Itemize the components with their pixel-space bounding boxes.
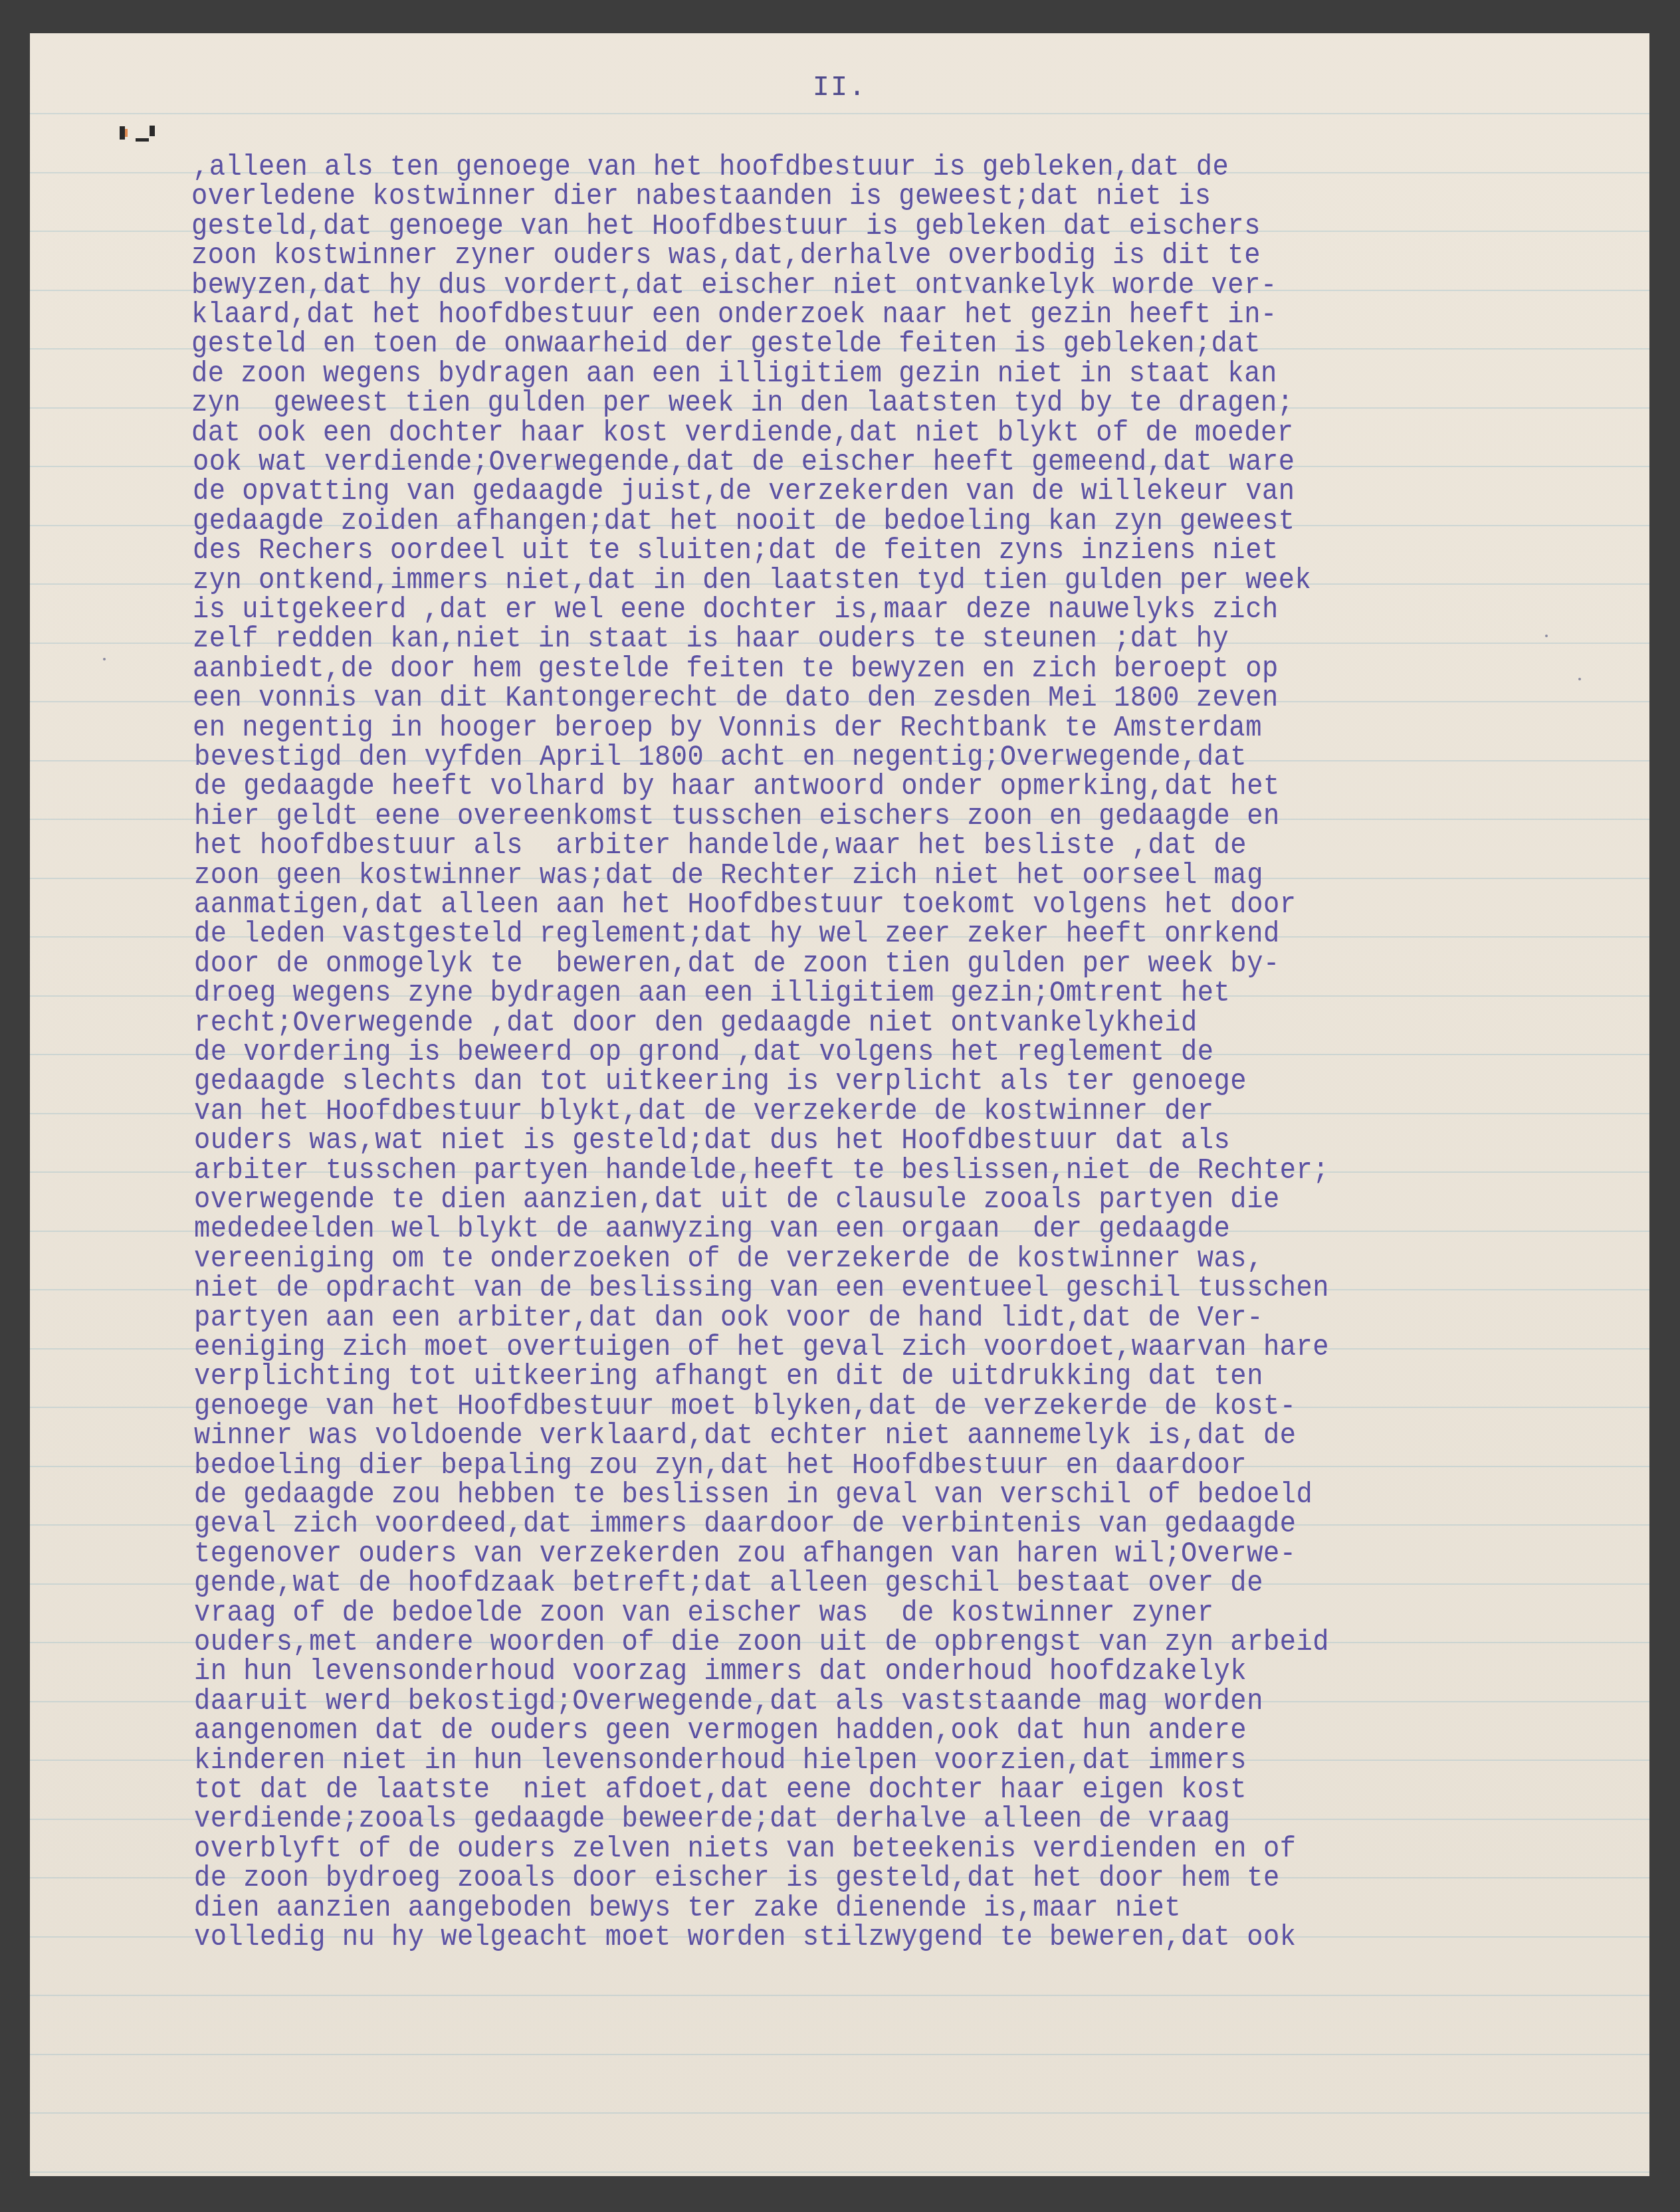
text-line: een vonnis van dit Kantongerecht de dato… bbox=[193, 684, 1279, 713]
text-line: ook wat verdiende;Overwegende,dat de eis… bbox=[193, 448, 1295, 477]
text-line: bedoeling dier bepaling zou zyn,dat het … bbox=[194, 1451, 1247, 1480]
text-line: aanmatigen,dat alleen aan het Hoofdbestu… bbox=[194, 890, 1296, 920]
text-line: geval zich voordeed,dat immers daardoor … bbox=[194, 1510, 1296, 1539]
text-line: aangenomen dat de ouders geen vermogen h… bbox=[194, 1716, 1247, 1746]
speck bbox=[1545, 635, 1548, 637]
text-line: verplichting tot uitkeering afhangt en d… bbox=[194, 1362, 1263, 1391]
text-line: dien aanzien aangeboden bewys ter zake d… bbox=[194, 1894, 1181, 1923]
speck bbox=[1578, 678, 1581, 680]
text-line: volledig nu hy welgeacht moet worden sti… bbox=[194, 1923, 1296, 1952]
text-line: partyen aan een arbiter,dat dan ook voor… bbox=[194, 1304, 1263, 1333]
text-line: en negentig in hooger beroep by Vonnis d… bbox=[193, 714, 1262, 743]
text-line: recht;Overwegende ,dat door den gedaagde… bbox=[194, 1009, 1198, 1038]
text-line: in hun levensonderhoud voorzag immers da… bbox=[194, 1657, 1247, 1686]
text-line: bevestigd den vyfden April 1800 acht en … bbox=[194, 743, 1247, 772]
text-line: winner was voldoende verklaard,dat echte… bbox=[194, 1421, 1296, 1451]
text-line: klaard,dat het hoofdbestuur een onderzoe… bbox=[191, 300, 1277, 330]
text-line: zyn ontkend,immers niet,dat in den laats… bbox=[193, 566, 1311, 595]
text-line: arbiter tusschen partyen handelde,heeft … bbox=[194, 1156, 1329, 1185]
text-line: zoon kostwinner zyner ouders was,dat,der… bbox=[191, 241, 1261, 270]
text-line: overblyft of de ouders zelven niets van … bbox=[194, 1835, 1296, 1864]
text-line: gesteld en toen de onwaarheid der gestel… bbox=[191, 330, 1261, 359]
ruled-line bbox=[30, 113, 1649, 114]
text-line: gedaagde slechts dan tot uitkeering is v… bbox=[194, 1067, 1247, 1096]
text-line: de zoon wegens bydragen aan een illigiti… bbox=[191, 359, 1277, 389]
text-line: mededeelden wel blykt de aanwyzing van e… bbox=[194, 1215, 1230, 1244]
text-line: overwegende te dien aanzien,dat uit de c… bbox=[194, 1185, 1280, 1215]
text-line: droeg wegens zyne bydragen aan een illig… bbox=[194, 979, 1230, 1008]
text-line: hier geldt eene overeenkomst tusschen ei… bbox=[194, 802, 1280, 831]
speck bbox=[103, 658, 106, 660]
text-line: zoon geen kostwinner was;dat de Rechter … bbox=[194, 861, 1263, 890]
text-line: des Rechers oordeel uit te sluiten;dat d… bbox=[193, 536, 1279, 565]
page-number: II. bbox=[30, 72, 1649, 104]
text-line: de opvatting van gedaagde juist,de verze… bbox=[193, 477, 1295, 506]
text-line: de zoon bydroeg zooals door eischer is g… bbox=[194, 1864, 1280, 1893]
text-line: het hoofdbestuur als arbiter handelde,wa… bbox=[194, 831, 1247, 860]
text-line: gedaagde zoiden afhangen;dat het nooit d… bbox=[193, 507, 1295, 536]
text-line: zelf redden kan,niet in staat is haar ou… bbox=[193, 625, 1229, 654]
text-line: zyn geweest tien gulden per week in den … bbox=[191, 389, 1293, 418]
text-line: genoege van het Hoofdbestuur moet blyken… bbox=[194, 1392, 1296, 1421]
text-line: vraag of de bedoelde zoon van eischer wa… bbox=[194, 1599, 1214, 1628]
text-line: ,alleen als ten genoege van het hoofdbes… bbox=[193, 153, 1229, 182]
text-line: eeniging zich moet overtuigen of het gev… bbox=[194, 1333, 1329, 1362]
text-line: de vordering is beweerd op grond ,dat vo… bbox=[194, 1038, 1214, 1067]
ruled-line bbox=[30, 2112, 1649, 2114]
text-line: bewyzen,dat hy dus vordert,dat eischer n… bbox=[191, 271, 1277, 300]
text-line: tot dat de laatste niet afdoet,dat eene … bbox=[194, 1775, 1247, 1805]
text-line: de gedaagde heeft volhard by haar antwoo… bbox=[194, 772, 1280, 801]
text-line: dat ook een dochter haar kost verdiende,… bbox=[191, 419, 1293, 448]
text-line: ouders,met andere woorden of die zoon ui… bbox=[194, 1628, 1329, 1657]
text-line: overledene kostwinner dier nabestaanden … bbox=[191, 182, 1211, 211]
text-line: van het Hoofdbestuur blykt,dat de verzek… bbox=[194, 1097, 1214, 1126]
text-line: gende,wat de hoofdzaak betreft;dat allee… bbox=[194, 1569, 1263, 1598]
text-line: vereeniging om te onderzoeken of de verz… bbox=[194, 1245, 1263, 1274]
text-line: tegenover ouders van verzekerden zou afh… bbox=[194, 1540, 1296, 1569]
text-line: de gedaagde zou hebben te beslissen in g… bbox=[194, 1480, 1312, 1510]
text-line: verdiende;zooals gedaagde beweerde;dat d… bbox=[194, 1805, 1230, 1834]
ruled-line bbox=[30, 2054, 1649, 2055]
ruled-line bbox=[30, 1995, 1649, 1996]
text-line: aanbiedt,de door hem gestelde feiten te … bbox=[193, 654, 1279, 684]
ruled-line bbox=[30, 2171, 1649, 2173]
document-page: II. ,alleen als ten genoege van het hoof… bbox=[30, 33, 1649, 2176]
text-line: ouders was,wat niet is gesteld;dat dus h… bbox=[194, 1126, 1230, 1156]
text-line: is uitgekeerd ,dat er wel eene dochter i… bbox=[193, 595, 1279, 625]
text-line: kinderen niet in hun levensonderhoud hie… bbox=[194, 1746, 1247, 1775]
text-line: de leden vastgesteld reglement;dat hy we… bbox=[194, 920, 1280, 949]
text-line: gesteld,dat genoege van het Hoofdbestuur… bbox=[191, 212, 1261, 241]
binding-hole-mark bbox=[120, 124, 166, 144]
text-line: door de onmogelyk te beweren,dat de zoon… bbox=[194, 950, 1280, 979]
text-line: niet de opdracht van de beslissing van e… bbox=[194, 1274, 1329, 1303]
text-line: daaruit werd bekostigd;Overwegende,dat a… bbox=[194, 1687, 1263, 1716]
